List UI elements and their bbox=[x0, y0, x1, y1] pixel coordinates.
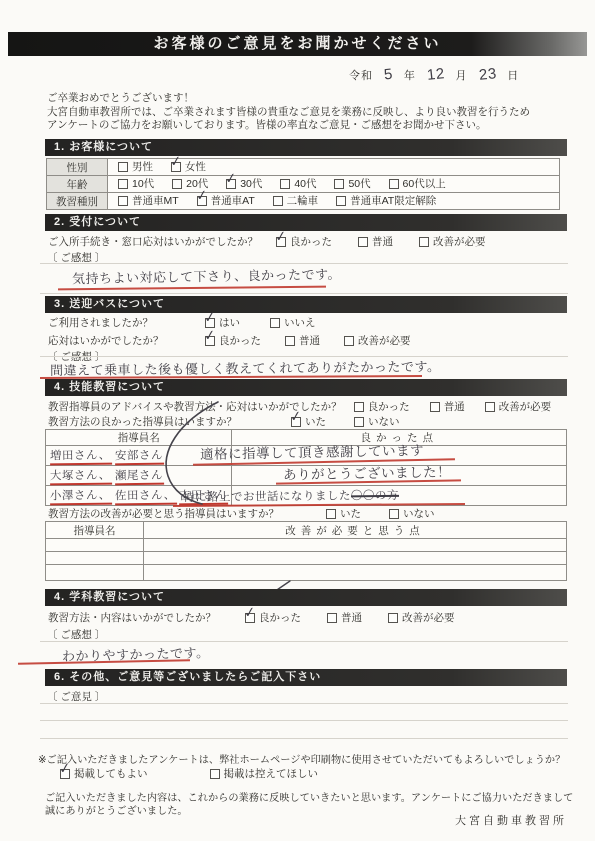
column-header-improve-point: 改善が必要と思う点 bbox=[144, 522, 567, 539]
classroom-comment-label: 〔 ご感想 〕 bbox=[47, 627, 105, 642]
page-title: お客様のご意見をお聞かせください bbox=[8, 32, 587, 56]
instructor-name: 増田さん、 bbox=[50, 446, 112, 465]
checkbox-car-mt[interactable] bbox=[118, 196, 128, 206]
ruled-line bbox=[40, 738, 568, 739]
option-age-60s: 60代以上 bbox=[389, 176, 446, 191]
option-improve-instructor-no: いない bbox=[389, 506, 435, 521]
checkbox-good-instructor-no[interactable] bbox=[354, 417, 364, 427]
greeting-line: ご卒業おめでとうございます！ bbox=[47, 92, 530, 106]
bus-service-question-line: 応対はいかがでしたか？ 良かった 普通 改善が必要 bbox=[48, 333, 411, 348]
table-row bbox=[46, 565, 567, 581]
checkbox-bus-normal[interactable] bbox=[285, 336, 295, 346]
option-car-at: 普通車AT bbox=[197, 193, 255, 208]
row-label-course-type: 教習種別 bbox=[47, 193, 108, 210]
table-row bbox=[46, 552, 567, 565]
ruled-line bbox=[40, 293, 568, 294]
section3-header: 3. 送迎バスについて bbox=[45, 296, 567, 313]
greeting-paragraph: ご卒業おめでとうございます！ 大宮自動車教習所では、ご卒業されます皆様の貴重なご… bbox=[47, 92, 530, 133]
reception-question: ご入所手続き・窓口応対はいかがでしたか？ bbox=[48, 234, 258, 249]
checkbox-age-30s[interactable] bbox=[226, 179, 236, 189]
checkbox-classroom-improve[interactable] bbox=[388, 613, 398, 623]
table-row bbox=[46, 539, 567, 552]
greeting-line: 大宮自動車教習所では、ご卒業されます皆様の貴重なご意見を業務に反映し、より良い教… bbox=[47, 106, 530, 120]
option-bus-good: 良かった bbox=[205, 333, 261, 348]
option-age-30s: 30代 bbox=[226, 176, 262, 191]
ruled-line bbox=[40, 641, 568, 642]
option-classroom-good: 良かった bbox=[245, 610, 301, 625]
improve-instructor-table: 指導員名 改善が必要と思う点 bbox=[45, 521, 567, 581]
table-header-row: 指導員名 改善が必要と思う点 bbox=[46, 522, 567, 539]
table-row-age: 年齢 10代 20代 30代 40代 50代 60代以上 bbox=[47, 176, 560, 193]
option-female: 女性 bbox=[171, 159, 206, 174]
checkbox-reception-good[interactable] bbox=[276, 237, 286, 247]
table-row-gender: 性別 男性 女性 bbox=[47, 159, 560, 176]
date-line: 令和 5 年 12 月 23 日 bbox=[345, 66, 575, 83]
section5-header: 4. 学科教習について bbox=[45, 589, 567, 606]
handwritten-date-month: 12 bbox=[426, 65, 445, 84]
publication-consent-note: ※ご記入いただきましたアンケートは、弊社ホームページや印刷物に使用させていただい… bbox=[38, 751, 565, 766]
option-car-mt: 普通車MT bbox=[118, 193, 179, 208]
customer-info-table: 性別 男性 女性 年齢 10代 20代 30代 40代 50代 60代以上 教習… bbox=[46, 158, 560, 210]
checkbox-reception-improve[interactable] bbox=[419, 237, 429, 247]
checkbox-age-40s[interactable] bbox=[280, 179, 290, 189]
option-at-limit-release: 普通車AT限定解除 bbox=[336, 193, 436, 208]
option-bus-improve: 改善が必要 bbox=[344, 333, 411, 348]
checkbox-publish-ok[interactable] bbox=[60, 769, 70, 779]
handwritten-date-day: 23 bbox=[478, 65, 497, 84]
option-bus-normal: 普通 bbox=[285, 333, 320, 348]
option-bus-no: いいえ bbox=[270, 315, 316, 330]
option-good-instructor-no: いない bbox=[354, 414, 400, 429]
checkbox-bus-yes[interactable] bbox=[205, 318, 215, 328]
closing-line: 誠にありがとうございました。 bbox=[45, 802, 188, 817]
option-motorcycle: 二輪車 bbox=[273, 193, 319, 208]
option-classroom-improve: 改善が必要 bbox=[388, 610, 455, 625]
instructor-name: 小澤さん、 bbox=[50, 486, 112, 505]
row-label-age: 年齢 bbox=[47, 176, 108, 193]
checkbox-publish-no[interactable] bbox=[210, 769, 220, 779]
other-comment-label: 〔 ご意見 〕 bbox=[47, 689, 105, 704]
checkbox-skill-normal[interactable] bbox=[430, 402, 440, 412]
improve-instructor-question-line: 教習方法の改善が必要と思う指導員はいますか？ いた いない bbox=[48, 506, 435, 521]
checkbox-age-10s[interactable] bbox=[118, 179, 128, 189]
column-header-instructor-name: 指導員名 bbox=[46, 522, 144, 539]
section1-header: 1. お客様について bbox=[45, 139, 567, 156]
ruled-line bbox=[40, 720, 568, 721]
checkbox-classroom-normal[interactable] bbox=[327, 613, 337, 623]
checkbox-at-limit-release[interactable] bbox=[336, 196, 346, 206]
option-skill-improve: 改善が必要 bbox=[485, 399, 552, 414]
date-day-label: 日 bbox=[507, 67, 519, 83]
checkbox-bus-no[interactable] bbox=[270, 318, 280, 328]
checkbox-reception-normal[interactable] bbox=[358, 237, 368, 247]
bus-used-question: ご利用されましたか？ bbox=[48, 315, 205, 330]
section4-header: 4. 技能教習について bbox=[45, 379, 567, 396]
classroom-question: 教習方法・内容はいかがでしたか？ bbox=[48, 610, 245, 625]
classroom-question-line: 教習方法・内容はいかがでしたか？ 良かった 普通 改善が必要 bbox=[48, 610, 455, 625]
struck-text: 〇〇の方 bbox=[351, 490, 399, 503]
publication-options-line: 掲載してもよい 掲載は控えてほしい bbox=[60, 766, 318, 781]
option-improve-instructor-yes: いた bbox=[326, 506, 361, 521]
ruled-line bbox=[40, 703, 568, 704]
option-publish-no: 掲載は控えてほしい bbox=[210, 766, 319, 781]
option-publish-ok: 掲載してもよい bbox=[60, 766, 148, 781]
checkbox-improve-instructor-yes[interactable] bbox=[326, 509, 336, 519]
checkbox-classroom-good[interactable] bbox=[245, 613, 255, 623]
greeting-line: アンケートのご協力をお願いしております。皆様の率直なご意見・ご感想をお聞かせ下さ… bbox=[47, 119, 530, 133]
instructor-name: 大塚さん、 bbox=[50, 466, 112, 485]
checkbox-age-50s[interactable] bbox=[334, 179, 344, 189]
bus-service-question: 応対はいかがでしたか？ bbox=[48, 333, 205, 348]
date-month-label: 月 bbox=[456, 67, 468, 83]
checkbox-skill-improve[interactable] bbox=[485, 402, 495, 412]
checkbox-bus-improve[interactable] bbox=[344, 336, 354, 346]
table-row-course-type: 教習種別 普通車MT 普通車AT 二輪車 普通車AT限定解除 bbox=[47, 193, 560, 210]
date-era-label: 令和 bbox=[349, 67, 373, 83]
pen-bracket-mark bbox=[150, 396, 235, 508]
option-skill-normal: 普通 bbox=[430, 399, 465, 414]
checkbox-improve-instructor-no[interactable] bbox=[389, 509, 399, 519]
option-reception-improve: 改善が必要 bbox=[419, 234, 486, 249]
checkbox-age-20s[interactable] bbox=[172, 179, 182, 189]
section6-header: 6. その他、ご意見等ございましたらご記入下さい bbox=[45, 669, 567, 686]
reception-question-line: ご入所手続き・窓口応対はいかがでしたか？ 良かった 普通 改善が必要 bbox=[48, 234, 486, 249]
section2-header: 2. 受付について bbox=[45, 214, 567, 231]
checkbox-bus-good[interactable] bbox=[205, 336, 215, 346]
checkbox-male[interactable] bbox=[118, 162, 128, 172]
option-age-10s: 10代 bbox=[118, 176, 154, 191]
row-label-gender: 性別 bbox=[47, 159, 108, 176]
bus-used-question-line: ご利用されましたか？ はい いいえ bbox=[48, 315, 316, 330]
checkbox-age-60s[interactable] bbox=[389, 179, 399, 189]
checkbox-motorcycle[interactable] bbox=[273, 196, 283, 206]
improve-instructor-question: 教習方法の改善が必要と思う指導員はいますか？ bbox=[48, 506, 326, 521]
option-male: 男性 bbox=[118, 159, 153, 174]
option-age-50s: 50代 bbox=[334, 176, 370, 191]
checkbox-skill-good[interactable] bbox=[354, 402, 364, 412]
option-good-instructor-yes: いた bbox=[291, 414, 326, 429]
date-year-label: 年 bbox=[404, 67, 416, 83]
handwritten-reception-comment: 気持ちよい対応して下さり、良かったです。 bbox=[72, 264, 341, 288]
questionnaire-scan-page: お客様のご意見をお聞かせください 令和 5 年 12 月 23 日 ご卒業おめで… bbox=[0, 0, 595, 841]
handwritten-date-year: 5 bbox=[383, 66, 394, 84]
option-reception-normal: 普通 bbox=[358, 234, 393, 249]
checkbox-good-instructor-yes[interactable] bbox=[291, 417, 301, 427]
option-reception-good: 良かった bbox=[276, 234, 332, 249]
option-classroom-normal: 普通 bbox=[327, 610, 362, 625]
school-signature: 大宮自動車教習所 bbox=[455, 812, 567, 828]
option-age-40s: 40代 bbox=[280, 176, 316, 191]
option-skill-good: 良かった bbox=[354, 399, 410, 414]
checkbox-car-at[interactable] bbox=[197, 196, 207, 206]
checkbox-female[interactable] bbox=[171, 162, 181, 172]
